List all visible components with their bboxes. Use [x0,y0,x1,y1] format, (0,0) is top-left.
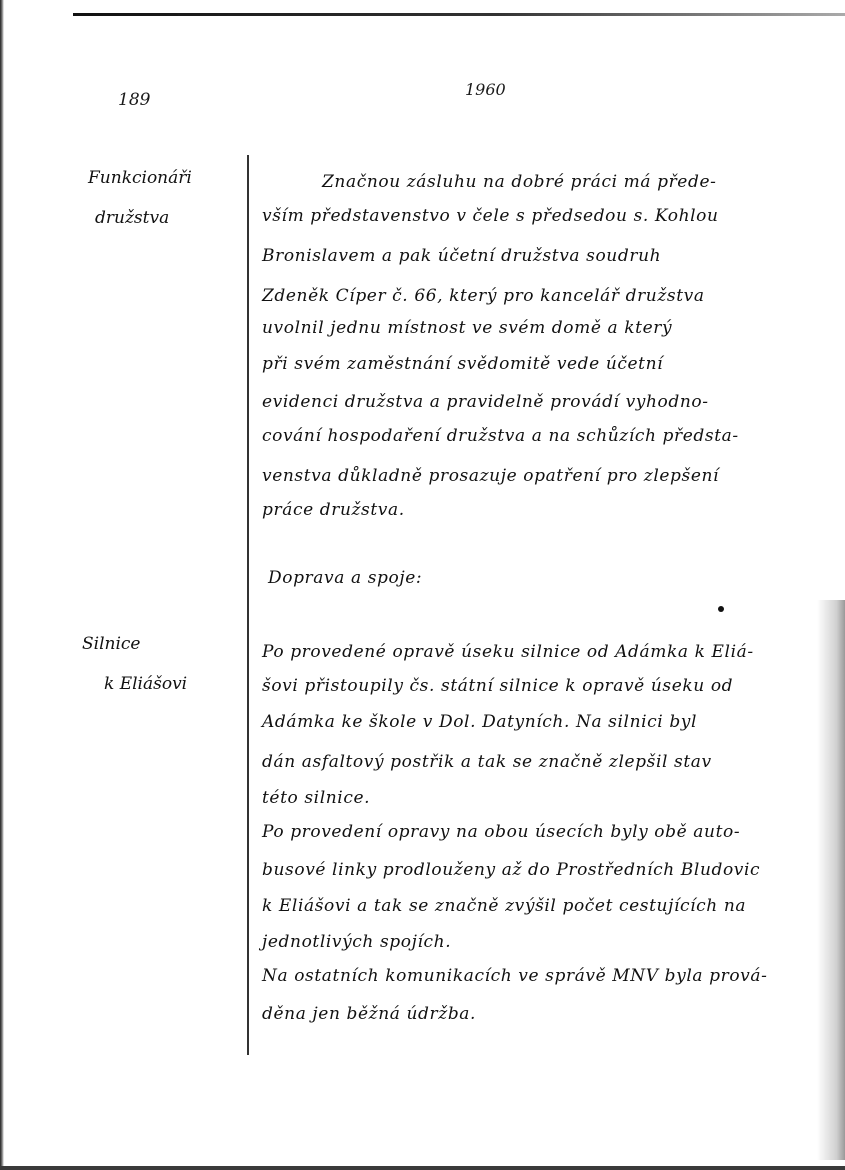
paragraph-line: této silnice. [262,788,370,808]
paragraph-line: cování hospodaření družstva a na schůzíc… [262,426,739,446]
paragraph-line: Adámka ke škole v Dol. Datyních. Na siln… [262,712,697,732]
margin-heading-officials-2: družstva [95,198,169,238]
paragraph-line: busové linky prodlouženy až do Prostředn… [262,860,760,880]
margin-heading-road-2: k Eliášovi [104,664,187,704]
margin-heading-officials-1: Funkcionáři [88,158,192,198]
year-heading: 1960 [465,80,506,99]
paragraph-line: jednotlivých spojích. [262,932,451,952]
paragraph-line: Zdeněk Cíper č. 66, který pro kancelář d… [262,286,705,306]
page-number: 189 [118,90,150,110]
paragraph-line: Značnou zásluhu na dobré práci má předе- [322,172,716,192]
bottom-rule [0,1166,845,1170]
paragraph-line: Po provedení opravy na obou úsecích byly… [262,822,740,842]
margin-heading-road-1: Silnice [82,624,141,664]
scan-left-edge [0,0,4,1170]
paragraph-line: šovi přistoupily čs. státní silnice k op… [262,676,733,696]
paragraph-line: děna jen běžná údržba. [262,1004,476,1024]
margin-line [247,155,249,1055]
paragraph-line: k Eliášovi a tak se značně zvýšil počet … [262,896,746,916]
paragraph-line: při svém zaměstnání svědomitě vede účetn… [262,354,663,374]
paragraph-line: vším představenstvo v čele s předsedou s… [262,206,719,226]
paragraph-line: Bronislavem a pak účetní družstva soudru… [262,246,661,266]
paragraph-line: dán asfaltový postřik a tak se značně zl… [262,752,712,772]
paragraph-line: evidenci družstva a pravidelně provádí v… [262,392,709,412]
scan-right-shadow [817,600,845,1160]
paragraph-line: Po provedené opravě úseku silnice od Adá… [262,642,754,662]
paragraph-line: uvolnil jednu místnost ve svém domě a kt… [262,318,672,338]
stray-ink-dot [718,606,724,612]
paragraph-line: práce družstva. [262,500,405,520]
subheading-transport: Doprava a spoje: [268,568,422,588]
top-rule [73,13,845,16]
paragraph-line: Na ostatních komunikacích ve správě MNV … [262,966,767,986]
paragraph-line: venstva důkladně prosazuje opatření pro … [262,466,719,486]
